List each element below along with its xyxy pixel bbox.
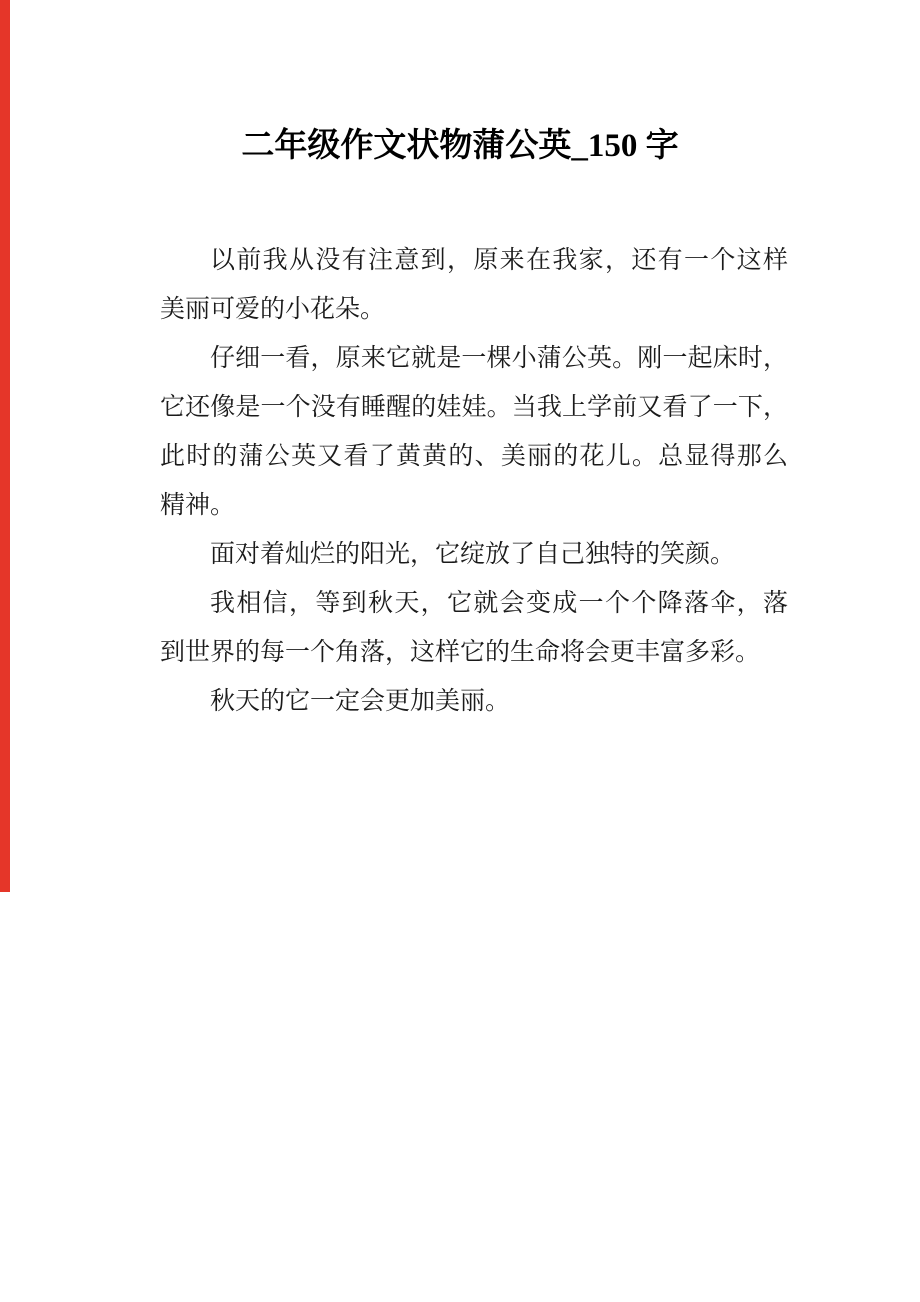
- document-body: 以前我从没有注意到，原来在我家，还有一个这样 美丽可爱的小花朵。 仔细一看，原来…: [160, 236, 788, 726]
- paragraph: 我相信，等到秋天，它就会变成一个个降落伞，落 到世界的每一个角落，这样它的生命将…: [160, 579, 788, 677]
- red-accent-bar: [0, 0, 10, 892]
- paragraph: 面对着灿烂的阳光，它绽放了自己独特的笑颜。: [160, 530, 788, 579]
- text-line: 秋天的它一定会更加美丽。: [160, 677, 788, 726]
- text-line: 它还像是一个没有睡醒的娃娃。当我上学前又看了一下，: [160, 383, 788, 432]
- text-line: 精神。: [160, 481, 788, 530]
- text-line: 我相信，等到秋天，它就会变成一个个降落伞，落: [160, 579, 788, 628]
- document-page: 二年级作文状物蒲公英_150 字 以前我从没有注意到，原来在我家，还有一个这样 …: [0, 0, 920, 1302]
- paragraph: 秋天的它一定会更加美丽。: [160, 677, 788, 726]
- text-line: 美丽可爱的小花朵。: [160, 285, 788, 334]
- paragraph: 仔细一看，原来它就是一棵小蒲公英。刚一起床时， 它还像是一个没有睡醒的娃娃。当我…: [160, 334, 788, 530]
- text-line: 到世界的每一个角落，这样它的生命将会更丰富多彩。: [160, 628, 788, 677]
- text-line: 仔细一看，原来它就是一棵小蒲公英。刚一起床时，: [160, 334, 788, 383]
- document-title: 二年级作文状物蒲公英_150 字: [0, 0, 920, 165]
- text-line: 面对着灿烂的阳光，它绽放了自己独特的笑颜。: [160, 530, 788, 579]
- text-line: 此时的蒲公英又看了黄黄的、美丽的花儿。总显得那么: [160, 432, 788, 481]
- text-line: 以前我从没有注意到，原来在我家，还有一个这样: [160, 236, 788, 285]
- paragraph: 以前我从没有注意到，原来在我家，还有一个这样 美丽可爱的小花朵。: [160, 236, 788, 334]
